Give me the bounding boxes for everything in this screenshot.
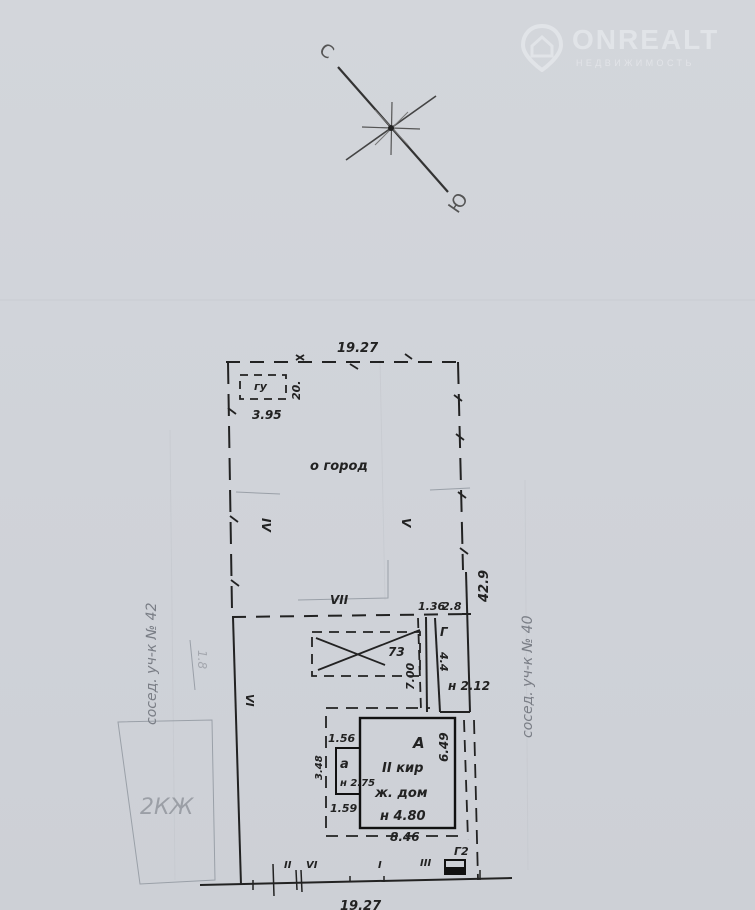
compass-north-label: С [315,39,337,63]
house-material-label: II кир [382,761,423,776]
compass-south-label: Ю [444,189,472,217]
annex-bottom-dim-label: 1.59 [330,802,357,815]
pencil-sketches [118,488,470,884]
compass-rose-icon: С Ю [315,39,473,217]
right-length-label: 42.9 [477,570,492,603]
pencil-note-mark: 1.8 [195,650,209,669]
neighbor-right-label: сосед. уч-к № 40 [520,615,536,738]
site-plan-drawing: С Ю [0,0,755,910]
gate-mark-i: I [378,860,382,871]
house-side-dim-label: 6.49 [437,732,451,762]
gate-mark-iii: III [420,858,431,869]
bottom-width-label: 19.27 [340,899,382,910]
garage-label: Г [440,625,449,639]
garage-side-dim-label: 4.4 [437,651,450,672]
garage-area-label: н 2.12 [448,679,490,693]
house-area-label: н 4.80 [380,809,426,824]
toilet-width-label: 3.95 [252,408,282,422]
toilet-depth-label: 20. [290,381,303,401]
shed-side-dim-label: 7.00 [404,663,417,690]
house-letter-label: А [412,734,425,752]
pencil-note-box-label: 2КЖ [140,795,195,820]
annex-area-label: н 2.75 [340,778,375,789]
toilet-label: гу [254,380,268,393]
neighbor-left-label: сосед. уч-к № 42 [144,602,160,725]
house-type-label: ж. дом [374,786,428,801]
boundary-v-label: V [399,518,413,529]
boundary-vii-label: VII [330,593,349,607]
house-bottom-dim-label: 8.46 [390,830,420,844]
gate-fill [446,867,464,873]
annex-side-dim-label: 3.48 [314,755,325,780]
boundary-vi-label: VI [243,694,256,707]
partition-label-2: 2.8 [442,600,462,613]
annex-top-dim-label: 1.56 [328,732,355,745]
gate-label: Г2 [454,845,469,858]
top-width-label: 19.27 [337,341,379,356]
annex-letter-label: а [340,757,349,772]
gate-mark-vi: VI [306,860,318,871]
shed-dim-label: 73 [388,645,405,659]
garden-label: о город [310,459,368,474]
boundary-iv-label: IV [259,518,273,533]
gate-mark-ii: II [284,860,292,871]
